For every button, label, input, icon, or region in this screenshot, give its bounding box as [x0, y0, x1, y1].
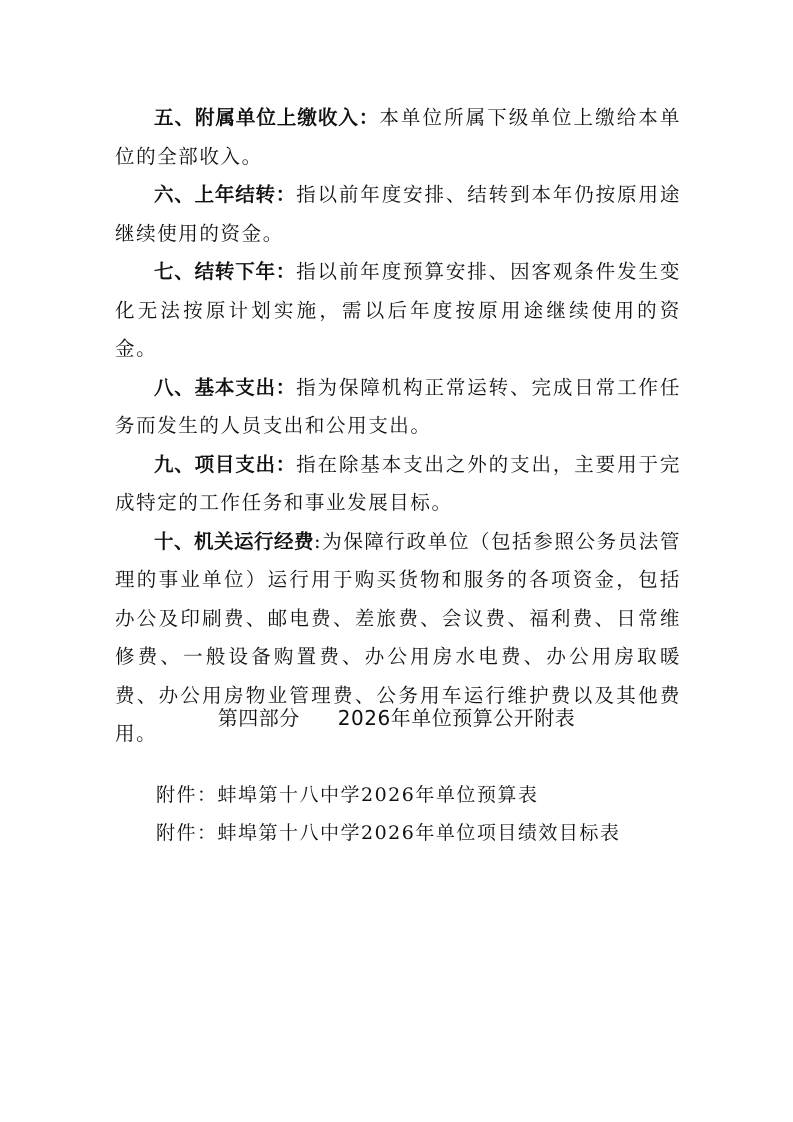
definition-term: 七、结转下年：	[154, 260, 296, 283]
attachment-list: 附件：蚌埠第十八中学2026年单位预算表 附件：蚌埠第十八中学2026年单位项目…	[156, 776, 620, 852]
section-part-label: 第四部分	[218, 706, 300, 730]
definition-term: 六、上年结转：	[154, 183, 296, 206]
definition-paragraph: 五、附属单位上缴收入：本单位所属下级单位上缴给本单位的全部收入。	[115, 99, 681, 176]
section-heading: 第四部分2026年单位预算公开附表	[0, 703, 793, 733]
attachment-item: 附件：蚌埠第十八中学2026年单位项目绩效目标表	[156, 814, 620, 852]
definition-paragraph: 七、结转下年：指以前年度预算安排、因客观条件发生变化无法按原计划实施，需以后年度…	[115, 253, 681, 369]
definitions-body: 五、附属单位上缴收入：本单位所属下级单位上缴给本单位的全部收入。 六、上年结转：…	[115, 99, 681, 754]
definition-paragraph: 八、基本支出：指为保障机构正常运转、完成日常工作任务而发生的人员支出和公用支出。	[115, 369, 681, 446]
definition-paragraph: 六、上年结转：指以前年度安排、结转到本年仍按原用途继续使用的资金。	[115, 176, 681, 253]
definition-paragraph: 九、项目支出：指在除基本支出之外的支出，主要用于完成特定的工作任务和事业发展目标…	[115, 446, 681, 523]
definition-term: 十、机关运行经费	[154, 530, 314, 553]
definition-term: 八、基本支出：	[154, 376, 296, 399]
section-title-text: 2026年单位预算公开附表	[338, 706, 575, 730]
definition-term: 五、附属单位上缴收入：	[154, 106, 379, 129]
attachment-item: 附件：蚌埠第十八中学2026年单位预算表	[156, 776, 620, 814]
definition-term: 九、项目支出：	[154, 453, 296, 476]
